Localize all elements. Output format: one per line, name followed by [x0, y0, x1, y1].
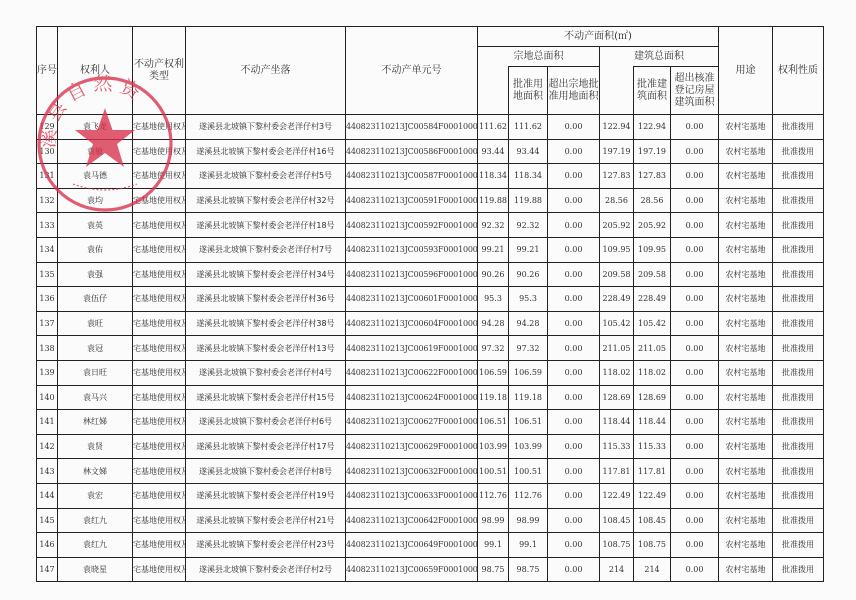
row-land-approved: 112.76: [509, 483, 548, 508]
row-land-approved: 94.28: [509, 311, 548, 336]
row-building-total: 115.33: [600, 434, 634, 459]
header-right-type: 不动产权利类型: [133, 27, 186, 115]
row-owner: 袁晓星: [58, 557, 133, 582]
row-seq: 147: [37, 557, 58, 582]
row-building-total: 105.42: [600, 311, 634, 336]
table-row: 136袁伍仔宅基地使用权及房屋所有权遂溪县北坡镇下黎村委会老洋仔村36号4408…: [37, 287, 824, 312]
row-owner: 袁佑: [58, 237, 133, 262]
table-row: 129袁飞龙宅基地使用权及房屋所有权遂溪县北坡镇下黎村委会老洋仔村3号44082…: [37, 115, 824, 140]
row-building-excess: 0.00: [671, 483, 719, 508]
row-usage: 农村宅基地: [719, 188, 773, 213]
row-building-excess: 0.00: [671, 336, 719, 361]
row-building-excess: 0.00: [671, 188, 719, 213]
row-nature: 批准拨用: [773, 410, 824, 435]
row-building-total: 127.83: [600, 164, 634, 189]
table-row: 140袁马兴宅基地使用权及房屋所有权遂溪县北坡镇下黎村委会老洋仔村15号4408…: [37, 385, 824, 410]
row-seq: 132: [37, 188, 58, 213]
row-right-type: 宅基地使用权及房屋所有权: [133, 213, 186, 238]
row-land-total: 106.59: [478, 360, 509, 385]
row-building-approved: 228.49: [634, 287, 671, 312]
row-building-excess: 0.00: [671, 311, 719, 336]
row-location: 遂溪县北坡镇下黎村委会老洋仔村34号: [186, 262, 346, 287]
row-land-total: 111.62: [478, 115, 509, 140]
row-right-type: 宅基地使用权及房屋所有权: [133, 287, 186, 312]
row-seq: 134: [37, 237, 58, 262]
row-nature: 批准拨用: [773, 508, 824, 533]
table-row: 130袁敏宅基地使用权及房屋所有权遂溪县北坡镇下黎村委会老洋仔村16号44082…: [37, 139, 824, 164]
row-building-total: 28.56: [600, 188, 634, 213]
row-right-type: 宅基地使用权及房屋所有权: [133, 115, 186, 140]
row-land-excess: 0.00: [548, 410, 600, 435]
row-seq: 139: [37, 360, 58, 385]
row-building-total: 205.92: [600, 213, 634, 238]
row-land-excess: 0.00: [548, 385, 600, 410]
row-building-approved: 209.58: [634, 262, 671, 287]
row-land-approved: 118.34: [509, 164, 548, 189]
row-building-total: 197.19: [600, 139, 634, 164]
row-unit-no: 440823110213JC00619F00010001: [346, 336, 478, 361]
header-building-excess: 超出核准登记房屋建筑面积: [671, 67, 719, 115]
row-seq: 141: [37, 410, 58, 435]
row-unit-no: 440823110213JC00587F00010001: [346, 164, 478, 189]
row-right-type: 宅基地使用权及房屋所有权: [133, 139, 186, 164]
row-land-approved: 111.62: [509, 115, 548, 140]
row-owner: 袁旺: [58, 311, 133, 336]
header-land-excess: 超出宗地批准用地面积: [548, 67, 600, 115]
row-location: 遂溪县北坡镇下黎村委会老洋仔村38号: [186, 311, 346, 336]
row-building-excess: 0.00: [671, 139, 719, 164]
row-land-excess: 0.00: [548, 434, 600, 459]
row-unit-no: 440823110213JC00622F00010001: [346, 360, 478, 385]
row-building-approved: 117.81: [634, 459, 671, 484]
row-unit-no: 440823110213JC00629F00010001: [346, 434, 478, 459]
row-owner: 林红娣: [58, 410, 133, 435]
row-building-total: 209.58: [600, 262, 634, 287]
row-seq: 133: [37, 213, 58, 238]
row-unit-no: 440823110213JC00649F00010001: [346, 533, 478, 558]
row-land-excess: 0.00: [548, 311, 600, 336]
row-unit-no: 440823110213JC00633F00010001: [346, 483, 478, 508]
row-land-excess: 0.00: [548, 213, 600, 238]
row-nature: 批准拨用: [773, 139, 824, 164]
row-location: 遂溪县北坡镇下黎村委会老洋仔村6号: [186, 410, 346, 435]
row-building-approved: 127.83: [634, 164, 671, 189]
row-land-excess: 0.00: [548, 533, 600, 558]
row-land-approved: 97.32: [509, 336, 548, 361]
row-land-approved: 98.99: [509, 508, 548, 533]
row-building-excess: 0.00: [671, 213, 719, 238]
row-land-approved: 119.18: [509, 385, 548, 410]
row-building-total: 128.69: [600, 385, 634, 410]
row-land-approved: 95.3: [509, 287, 548, 312]
row-owner: 袁伍仔: [58, 287, 133, 312]
row-seq: 146: [37, 533, 58, 558]
header-land-approved: 批准用地面积: [509, 67, 548, 115]
row-building-approved: 118.44: [634, 410, 671, 435]
row-location: 遂溪县北坡镇下黎村委会老洋仔村36号: [186, 287, 346, 312]
row-seq: 129: [37, 115, 58, 140]
row-seq: 130: [37, 139, 58, 164]
row-location: 遂溪县北坡镇下黎村委会老洋仔村32号: [186, 188, 346, 213]
row-land-total: 99.1: [478, 533, 509, 558]
table-row: 142袁贤宅基地使用权及房屋所有权遂溪县北坡镇下黎村委会老洋仔村17号44082…: [37, 434, 824, 459]
row-land-total: 118.34: [478, 164, 509, 189]
registry-sheet: 序号 权利人 不动产权利类型 不动产坐落 不动产单元号 不动产面积(㎡) 用途 …: [36, 26, 824, 582]
row-unit-no: 440823110213JC00601F00010001: [346, 287, 478, 312]
row-usage: 农村宅基地: [719, 508, 773, 533]
row-owner: 袁红九: [58, 533, 133, 558]
table-row: 147袁晓星宅基地使用权及房屋所有权遂溪县北坡镇下黎村委会老洋仔村2号44082…: [37, 557, 824, 582]
row-land-total: 97.32: [478, 336, 509, 361]
row-building-approved: 205.92: [634, 213, 671, 238]
row-unit-no: 440823110213JC00592F00010001: [346, 213, 478, 238]
row-building-total: 108.75: [600, 533, 634, 558]
row-building-excess: 0.00: [671, 237, 719, 262]
row-building-excess: 0.00: [671, 410, 719, 435]
row-building-approved: 211.05: [634, 336, 671, 361]
row-owner: 袁冠: [58, 336, 133, 361]
row-location: 遂溪县北坡镇下黎村委会老洋仔村5号: [186, 164, 346, 189]
row-usage: 农村宅基地: [719, 311, 773, 336]
row-land-excess: 0.00: [548, 557, 600, 582]
row-building-approved: 214: [634, 557, 671, 582]
row-location: 遂溪县北坡镇下黎村委会老洋仔村3号: [186, 115, 346, 140]
row-owner: 袁马德: [58, 164, 133, 189]
row-seq: 136: [37, 287, 58, 312]
row-nature: 批准拨用: [773, 459, 824, 484]
row-usage: 农村宅基地: [719, 459, 773, 484]
row-owner: 袁宏: [58, 483, 133, 508]
row-building-excess: 0.00: [671, 385, 719, 410]
row-building-approved: 108.45: [634, 508, 671, 533]
row-right-type: 宅基地使用权及房屋所有权: [133, 557, 186, 582]
row-nature: 批准拨用: [773, 311, 824, 336]
row-building-total: 117.81: [600, 459, 634, 484]
row-usage: 农村宅基地: [719, 115, 773, 140]
row-seq: 142: [37, 434, 58, 459]
row-land-excess: 0.00: [548, 360, 600, 385]
row-right-type: 宅基地使用权及房屋所有权: [133, 459, 186, 484]
row-land-total: 95.3: [478, 287, 509, 312]
row-usage: 农村宅基地: [719, 410, 773, 435]
row-building-total: 109.95: [600, 237, 634, 262]
row-building-total: 211.05: [600, 336, 634, 361]
table-row: 137袁旺宅基地使用权及房屋所有权遂溪县北坡镇下黎村委会老洋仔村38号44082…: [37, 311, 824, 336]
row-land-total: 90.26: [478, 262, 509, 287]
table-row: 144袁宏宅基地使用权及房屋所有权遂溪县北坡镇下黎村委会老洋仔村19号44082…: [37, 483, 824, 508]
row-location: 遂溪县北坡镇下黎村委会老洋仔村19号: [186, 483, 346, 508]
header-area-group: 不动产面积(㎡): [478, 27, 719, 47]
header-usage: 用途: [719, 27, 773, 115]
row-owner: 袁日旺: [58, 360, 133, 385]
row-location: 遂溪县北坡镇下黎村委会老洋仔村21号: [186, 508, 346, 533]
row-building-approved: 128.69: [634, 385, 671, 410]
row-building-excess: 0.00: [671, 360, 719, 385]
row-land-approved: 90.26: [509, 262, 548, 287]
row-land-excess: 0.00: [548, 164, 600, 189]
table-row: 135袁强宅基地使用权及房屋所有权遂溪县北坡镇下黎村委会老洋仔村34号44082…: [37, 262, 824, 287]
table-row: 145袁红九宅基地使用权及房屋所有权遂溪县北坡镇下黎村委会老洋仔村21号4408…: [37, 508, 824, 533]
row-building-excess: 0.00: [671, 434, 719, 459]
header-land-total-group: 宗地总面积: [478, 47, 600, 67]
row-right-type: 宅基地使用权及房屋所有权: [133, 336, 186, 361]
row-owner: 袁均: [58, 188, 133, 213]
row-building-approved: 118.02: [634, 360, 671, 385]
row-right-type: 宅基地使用权及房屋所有权: [133, 385, 186, 410]
row-nature: 批准拨用: [773, 213, 824, 238]
row-land-excess: 0.00: [548, 262, 600, 287]
row-land-approved: 98.75: [509, 557, 548, 582]
table-row: 143林文娣宅基地使用权及房屋所有权遂溪县北坡镇下黎村委会老洋仔村8号44082…: [37, 459, 824, 484]
row-owner: 袁红九: [58, 508, 133, 533]
header-unit-no: 不动产单元号: [346, 27, 478, 115]
row-building-excess: 0.00: [671, 164, 719, 189]
row-land-approved: 92.32: [509, 213, 548, 238]
row-building-excess: 0.00: [671, 533, 719, 558]
row-unit-no: 440823110213JC00632F00010001: [346, 459, 478, 484]
row-location: 遂溪县北坡镇下黎村委会老洋仔村17号: [186, 434, 346, 459]
row-right-type: 宅基地使用权及房屋所有权: [133, 434, 186, 459]
row-location: 遂溪县北坡镇下黎村委会老洋仔村4号: [186, 360, 346, 385]
row-usage: 农村宅基地: [719, 360, 773, 385]
row-usage: 农村宅基地: [719, 434, 773, 459]
row-building-approved: 105.42: [634, 311, 671, 336]
row-building-approved: 122.94: [634, 115, 671, 140]
row-right-type: 宅基地使用权及房屋所有权: [133, 237, 186, 262]
row-nature: 批准拨用: [773, 164, 824, 189]
row-owner: 袁英: [58, 213, 133, 238]
row-building-excess: 0.00: [671, 508, 719, 533]
table-row: 134袁佑宅基地使用权及房屋所有权遂溪县北坡镇下黎村委会老洋仔村7号440823…: [37, 237, 824, 262]
row-nature: 批准拨用: [773, 237, 824, 262]
row-land-approved: 103.99: [509, 434, 548, 459]
row-usage: 农村宅基地: [719, 557, 773, 582]
row-land-total: 112.76: [478, 483, 509, 508]
row-location: 遂溪县北坡镇下黎村委会老洋仔村15号: [186, 385, 346, 410]
row-land-total: 99.21: [478, 237, 509, 262]
row-building-approved: 197.19: [634, 139, 671, 164]
row-nature: 批准拨用: [773, 287, 824, 312]
row-building-total: 214: [600, 557, 634, 582]
row-seq: 143: [37, 459, 58, 484]
row-unit-no: 440823110213JC00627F00010001: [346, 410, 478, 435]
row-owner: 袁强: [58, 262, 133, 287]
row-owner: 袁贤: [58, 434, 133, 459]
row-land-total: 103.99: [478, 434, 509, 459]
row-building-approved: 28.56: [634, 188, 671, 213]
row-owner: 袁飞龙: [58, 115, 133, 140]
row-land-total: 98.75: [478, 557, 509, 582]
row-land-total: 106.51: [478, 410, 509, 435]
row-nature: 批准拨用: [773, 262, 824, 287]
row-nature: 批准拨用: [773, 483, 824, 508]
row-land-approved: 93.44: [509, 139, 548, 164]
row-nature: 批准拨用: [773, 188, 824, 213]
row-building-excess: 0.00: [671, 262, 719, 287]
row-land-excess: 0.00: [548, 139, 600, 164]
row-unit-no: 440823110213JC00584F00010001: [346, 115, 478, 140]
row-right-type: 宅基地使用权及房屋所有权: [133, 311, 186, 336]
row-usage: 农村宅基地: [719, 139, 773, 164]
row-land-approved: 99.21: [509, 237, 548, 262]
row-usage: 农村宅基地: [719, 533, 773, 558]
row-owner: 袁马兴: [58, 385, 133, 410]
row-land-total: 100.51: [478, 459, 509, 484]
table-row: 133袁英宅基地使用权及房屋所有权遂溪县北坡镇下黎村委会老洋仔村18号44082…: [37, 213, 824, 238]
row-owner: 袁敏: [58, 139, 133, 164]
row-seq: 137: [37, 311, 58, 336]
row-land-excess: 0.00: [548, 237, 600, 262]
row-building-total: 122.94: [600, 115, 634, 140]
row-location: 遂溪县北坡镇下黎村委会老洋仔村18号: [186, 213, 346, 238]
row-right-type: 宅基地使用权及房屋所有权: [133, 164, 186, 189]
row-land-total: 92.32: [478, 213, 509, 238]
table-row: 138袁冠宅基地使用权及房屋所有权遂溪县北坡镇下黎村委会老洋仔村13号44082…: [37, 336, 824, 361]
row-building-total: 118.44: [600, 410, 634, 435]
row-right-type: 宅基地使用权及房屋所有权: [133, 483, 186, 508]
row-building-excess: 0.00: [671, 459, 719, 484]
row-seq: 135: [37, 262, 58, 287]
row-usage: 农村宅基地: [719, 213, 773, 238]
row-land-excess: 0.00: [548, 508, 600, 533]
row-building-total: 108.45: [600, 508, 634, 533]
row-usage: 农村宅基地: [719, 287, 773, 312]
row-unit-no: 440823110213JC00604F00010001: [346, 311, 478, 336]
row-right-type: 宅基地使用权及房屋所有权: [133, 533, 186, 558]
row-building-approved: 108.75: [634, 533, 671, 558]
row-land-total: 94.28: [478, 311, 509, 336]
row-right-type: 宅基地使用权及房屋所有权: [133, 410, 186, 435]
row-nature: 批准拨用: [773, 533, 824, 558]
table-row: 146袁红九宅基地使用权及房屋所有权遂溪县北坡镇下黎村委会老洋仔村23号4408…: [37, 533, 824, 558]
row-usage: 农村宅基地: [719, 385, 773, 410]
header-building-total-group: 建筑总面积: [600, 47, 719, 67]
row-usage: 农村宅基地: [719, 262, 773, 287]
row-right-type: 宅基地使用权及房屋所有权: [133, 188, 186, 213]
header-building-total: [600, 67, 634, 115]
row-nature: 批准拨用: [773, 360, 824, 385]
row-land-excess: 0.00: [548, 115, 600, 140]
row-usage: 农村宅基地: [719, 164, 773, 189]
header-owner: 权利人: [58, 27, 133, 115]
row-building-approved: 115.33: [634, 434, 671, 459]
row-building-total: 228.49: [600, 287, 634, 312]
row-land-excess: 0.00: [548, 483, 600, 508]
row-location: 遂溪县北坡镇下黎村委会老洋仔村7号: [186, 237, 346, 262]
row-right-type: 宅基地使用权及房屋所有权: [133, 508, 186, 533]
row-land-total: 119.18: [478, 385, 509, 410]
row-unit-no: 440823110213JC00642F00010001: [346, 508, 478, 533]
row-location: 遂溪县北坡镇下黎村委会老洋仔村8号: [186, 459, 346, 484]
row-nature: 批准拨用: [773, 385, 824, 410]
row-usage: 农村宅基地: [719, 237, 773, 262]
row-building-excess: 0.00: [671, 287, 719, 312]
row-seq: 145: [37, 508, 58, 533]
table-row: 132袁均宅基地使用权及房屋所有权遂溪县北坡镇下黎村委会老洋仔村32号44082…: [37, 188, 824, 213]
header-nature: 权利性质: [773, 27, 824, 115]
row-building-approved: 109.95: [634, 237, 671, 262]
row-unit-no: 440823110213JC00593F00010001: [346, 237, 478, 262]
row-land-excess: 0.00: [548, 188, 600, 213]
row-building-approved: 122.49: [634, 483, 671, 508]
row-unit-no: 440823110213JC00591F00010001: [346, 188, 478, 213]
row-location: 遂溪县北坡镇下黎村委会老洋仔村23号: [186, 533, 346, 558]
row-land-approved: 106.51: [509, 410, 548, 435]
row-location: 遂溪县北坡镇下黎村委会老洋仔村13号: [186, 336, 346, 361]
row-right-type: 宅基地使用权及房屋所有权: [133, 360, 186, 385]
row-usage: 农村宅基地: [719, 336, 773, 361]
row-land-total: 119.88: [478, 188, 509, 213]
row-nature: 批准拨用: [773, 336, 824, 361]
row-building-excess: 0.00: [671, 557, 719, 582]
row-nature: 批准拨用: [773, 115, 824, 140]
row-location: 遂溪县北坡镇下黎村委会老洋仔村2号: [186, 557, 346, 582]
row-land-approved: 119.88: [509, 188, 548, 213]
row-building-total: 118.02: [600, 360, 634, 385]
row-building-total: 122.49: [600, 483, 634, 508]
row-owner: 林文娣: [58, 459, 133, 484]
row-right-type: 宅基地使用权及房屋所有权: [133, 262, 186, 287]
row-land-approved: 106.59: [509, 360, 548, 385]
table-row: 131袁马德宅基地使用权及房屋所有权遂溪县北坡镇下黎村委会老洋仔村5号44082…: [37, 164, 824, 189]
row-unit-no: 440823110213JC00596F00010001: [346, 262, 478, 287]
row-seq: 144: [37, 483, 58, 508]
row-land-approved: 99.1: [509, 533, 548, 558]
row-usage: 农村宅基地: [719, 483, 773, 508]
header-seq: 序号: [37, 27, 58, 115]
row-seq: 131: [37, 164, 58, 189]
row-land-excess: 0.00: [548, 459, 600, 484]
row-land-total: 93.44: [478, 139, 509, 164]
row-nature: 批准拨用: [773, 434, 824, 459]
row-land-excess: 0.00: [548, 336, 600, 361]
row-land-total: 98.99: [478, 508, 509, 533]
row-unit-no: 440823110213JC00624F00010001: [346, 385, 478, 410]
row-land-approved: 100.51: [509, 459, 548, 484]
table-row: 139袁日旺宅基地使用权及房屋所有权遂溪县北坡镇下黎村委会老洋仔村4号44082…: [37, 360, 824, 385]
row-building-excess: 0.00: [671, 115, 719, 140]
row-seq: 138: [37, 336, 58, 361]
registry-rows: 129袁飞龙宅基地使用权及房屋所有权遂溪县北坡镇下黎村委会老洋仔村3号44082…: [37, 115, 824, 582]
header-location: 不动产坐落: [186, 27, 346, 115]
row-seq: 140: [37, 385, 58, 410]
row-nature: 批准拨用: [773, 557, 824, 582]
row-land-excess: 0.00: [548, 287, 600, 312]
table-row: 141林红娣宅基地使用权及房屋所有权遂溪县北坡镇下黎村委会老洋仔村6号44082…: [37, 410, 824, 435]
header-land-total: [478, 67, 509, 115]
property-registry-table: 序号 权利人 不动产权利类型 不动产坐落 不动产单元号 不动产面积(㎡) 用途 …: [36, 26, 824, 582]
row-unit-no: 440823110213JC00659F00010001: [346, 557, 478, 582]
row-location: 遂溪县北坡镇下黎村委会老洋仔村16号: [186, 139, 346, 164]
header-building-approved: 批准建筑面积: [634, 67, 671, 115]
row-unit-no: 440823110213JC00586F00010001: [346, 139, 478, 164]
